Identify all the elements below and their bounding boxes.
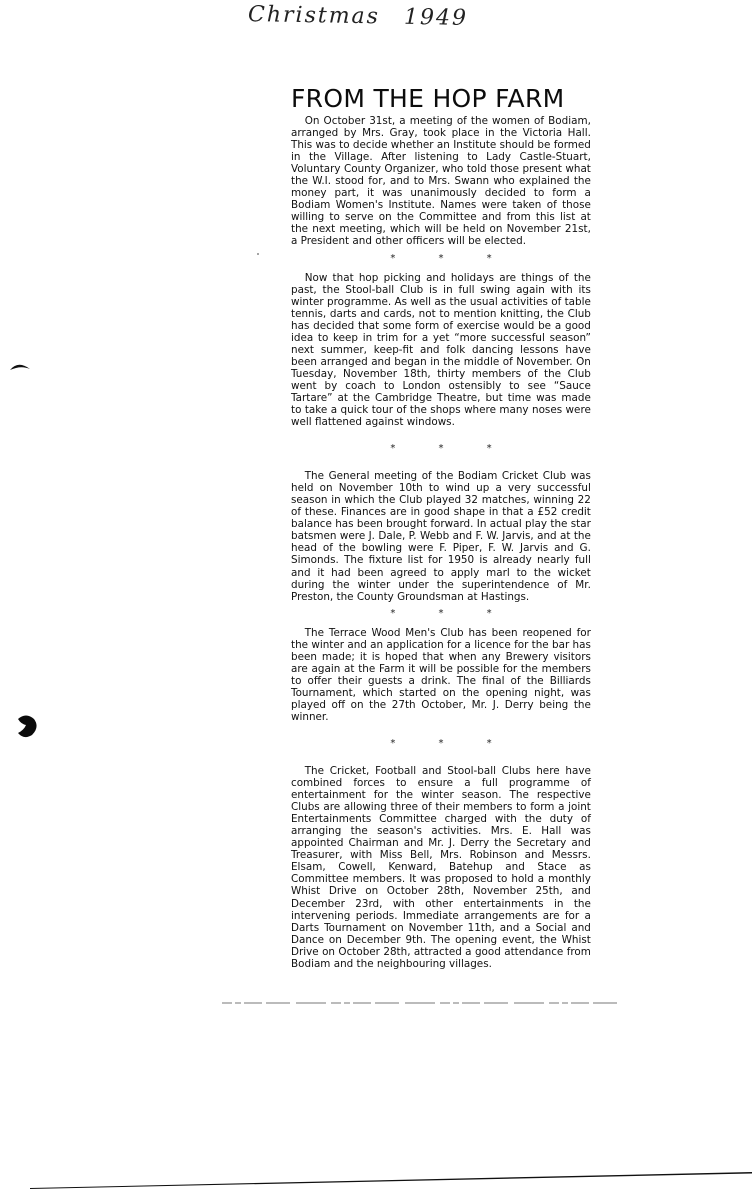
article-title: FROM THE HOP FARM: [291, 84, 597, 113]
section-separator: * * *: [305, 252, 597, 266]
speck: [257, 253, 259, 255]
page-edge-line: [30, 1170, 752, 1189]
end-rule: [222, 1000, 618, 1006]
paragraph-stool-ball-club: Now that hop picking and holidays are th…: [291, 272, 591, 429]
section-separator: * * *: [305, 442, 597, 456]
paragraph-mens-club: The Terrace Wood Men's Club has been reo…: [291, 627, 591, 723]
binder-hole-mark-icon: [14, 713, 38, 739]
binder-hole-mark-icon: [9, 361, 31, 371]
handwritten-label: Christmas: [248, 2, 380, 29]
paragraph-entertainments-committee: The Cricket, Football and Stool-ball Clu…: [291, 765, 591, 970]
handwritten-year: 1949: [404, 5, 468, 31]
handwritten-date-annotation: Christmas1949: [248, 2, 468, 31]
article-column: FROM THE HOP FARM On October 31st, a mee…: [291, 84, 597, 970]
section-separator: * * *: [305, 737, 597, 751]
paragraph-cricket-club: The General meeting of the Bodiam Cricke…: [291, 470, 591, 603]
section-separator: * * *: [305, 607, 597, 621]
paragraph-womens-institute: On October 31st, a meeting of the women …: [291, 115, 591, 248]
